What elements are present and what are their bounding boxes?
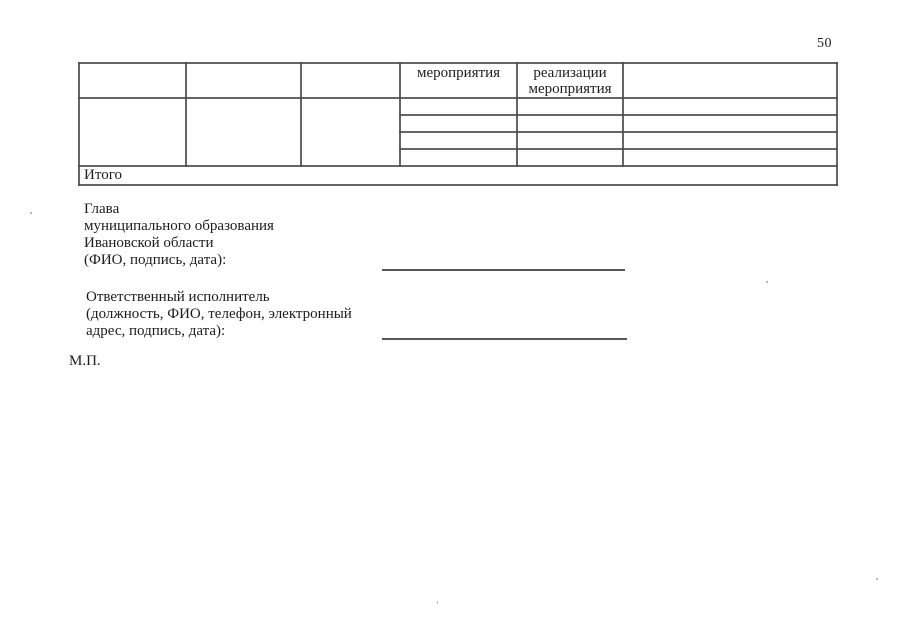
table-total-row: Итого [79, 166, 837, 185]
report-table: мероприятия реализации мероприятия [78, 62, 838, 186]
signature-line-head [382, 269, 625, 271]
header-cell-realizacii-meropriyatiya: реализации мероприятия [517, 63, 623, 98]
scan-speck [876, 578, 878, 580]
body-subcell [623, 115, 837, 132]
body-cell-col1 [79, 98, 186, 166]
scan-speck [766, 281, 768, 283]
document-page: 50 мероприятия реализации мероприятия [0, 0, 905, 640]
body-subcell [400, 132, 517, 149]
header-cell-empty-6 [623, 63, 837, 98]
body-subcell [400, 98, 517, 115]
header-cell-meropriyatiya: мероприятия [400, 63, 517, 98]
scan-speck [437, 601, 438, 604]
body-subcell [517, 132, 623, 149]
text-line: Ответственный исполнитель [86, 289, 352, 306]
body-subcell [623, 149, 837, 166]
stamp-placeholder: М.П. [69, 353, 101, 370]
text-line: муниципального образования [84, 218, 274, 235]
text-line: (должность, ФИО, телефон, электронный [86, 306, 352, 323]
body-subcell [517, 149, 623, 166]
header-cell-empty-3 [301, 63, 400, 98]
head-of-municipality-block: Глава муниципального образования Ивановс… [84, 201, 274, 269]
body-cell-col2 [186, 98, 301, 166]
header-cell-empty-1 [79, 63, 186, 98]
scan-speck [30, 212, 32, 214]
body-subcell [400, 149, 517, 166]
page-number: 50 [817, 36, 832, 52]
text-line: (ФИО, подпись, дата): [84, 252, 274, 269]
header-cell-empty-2 [186, 63, 301, 98]
body-subcell [400, 115, 517, 132]
body-subcell [517, 115, 623, 132]
text-line: Ивановской области [84, 235, 274, 252]
body-subcell [623, 132, 837, 149]
responsible-executor-block: Ответственный исполнитель (должность, ФИ… [86, 289, 352, 340]
table-header-row: мероприятия реализации мероприятия [79, 63, 837, 98]
body-cell-col3 [301, 98, 400, 166]
signature-line-executor [382, 338, 627, 340]
text-line: адрес, подпись, дата): [86, 323, 352, 340]
total-cell: Итого [79, 166, 837, 185]
body-subcell [517, 98, 623, 115]
table-body-row [79, 98, 837, 115]
text-line: Глава [84, 201, 274, 218]
body-subcell [623, 98, 837, 115]
